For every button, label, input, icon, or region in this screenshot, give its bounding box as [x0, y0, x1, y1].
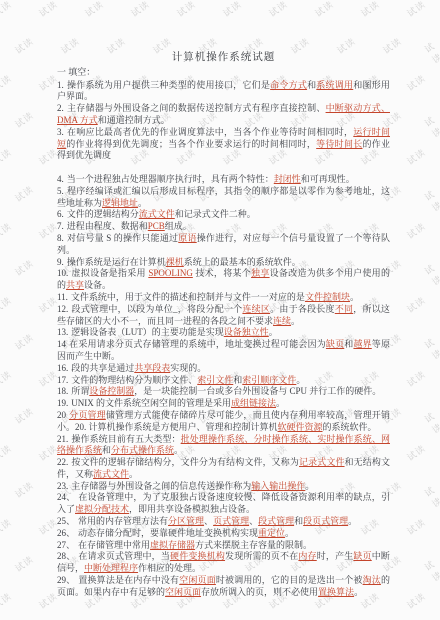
watermark-text: 试读 [422, 556, 440, 584]
watermark-text: 试读 [0, 0, 14, 20]
text-segment: 。 [296, 375, 305, 385]
watermark-text: 试读 [422, 260, 440, 288]
question-number: 5. [57, 186, 64, 196]
answer-highlight: SPOOLING [148, 268, 193, 278]
question-item: 23.主存储器与外围设备之间的信息传送操作称为输入输出操作。 [57, 481, 390, 493]
watermark-text: 试读 [358, 0, 382, 20]
text-segment: 文件的逻辑结构分 [67, 209, 139, 219]
answer-highlight: 不同 [335, 304, 353, 314]
answer-highlight: 虚拟存储器 [150, 540, 195, 550]
watermark-text: 试读 [12, 330, 36, 352]
question-item: 8.对信号量 S 的操作只能通过原语操作进行，对应每一个信号量设置了一个等待队列… [57, 233, 390, 257]
text-segment: 。 [348, 516, 357, 526]
watermark-text: 试读 [404, 515, 428, 537]
text-segment: 所谓 [71, 386, 89, 396]
text-segment: 发现所需的页不在 [225, 551, 298, 561]
question-number: 24、 [57, 492, 75, 502]
question-number: 19. [57, 398, 68, 408]
question-item: 29、置换算法是在内存中没有空闲页面时被调用的，它的目的是选出一个被淘汰的页面。… [57, 575, 390, 599]
text-segment: 操作系统是运行在计算机 [67, 257, 166, 267]
question-number: 13. [57, 327, 68, 337]
question-item: 10.虚拟设备是指采用 SPOOLING 技术，将某个独享设备改造为供多个用户使… [57, 268, 390, 292]
answer-highlight: 分页管理 [69, 410, 106, 420]
question-item: 2.主存储器与外围设备之间的数据传送控制方式有程序直接控制、中断驱动方式、DMA… [57, 103, 390, 127]
answer-highlight: 分区管理 [168, 516, 204, 526]
answer-highlight: 索引顺序文件 [242, 375, 296, 385]
answer-highlight: 文件控制块 [305, 292, 350, 302]
answer-highlight: 置换算法 [318, 587, 354, 597]
answer-highlight: 逻辑地址 [102, 198, 138, 208]
watermark-text: 试读 [404, 293, 428, 315]
question-number: 27、 [57, 540, 75, 550]
watermark-text: 试读 [12, 478, 36, 500]
question-item: 26、动态存储分配时，要靠硬件地址变换机构实现重定位。 [57, 528, 390, 540]
watermark-text: 试读 [12, 182, 36, 204]
answer-highlight: 共享段表 [134, 363, 170, 373]
question-number: 9. [57, 257, 64, 267]
text-segment: 的系统软件。 [323, 422, 377, 432]
text-segment: 。 [354, 587, 363, 597]
watermark-text: 试读 [0, 293, 14, 315]
question-item: 6.文件的逻辑结构分流式文件和记录式文件二种。 [57, 209, 390, 221]
text-segment: 虚拟设备是指采用 [71, 268, 148, 278]
watermark-text: 试读 [422, 186, 440, 214]
answer-highlight: 成组链接法 [231, 398, 276, 408]
answer-highlight: 软硬件资源 [278, 422, 323, 432]
text-segment: UNIX 的文件系统空闲空间的管理是采用 [71, 398, 231, 408]
text-segment: 按文件的逻辑存储结构分，文件分为有结构文件，又称为 [71, 457, 299, 467]
question-number: 14 [57, 339, 66, 349]
question-number: 4. [57, 174, 64, 184]
text-segment: 和 [233, 375, 242, 385]
watermark-text: 试读 [0, 589, 14, 611]
text-segment: 动态存储分配时，要靠硬件地址变换机构实现 [78, 528, 258, 538]
question-item: 5.程序经编译或汇编以后形成目标程序，其指令的顺序都是以零作为参考地址，这些地址… [57, 186, 390, 210]
answer-highlight: 缺页 [326, 339, 344, 349]
question-item: 17.文件的物理结构分为顺序文件、索引文件和索引顺序文件。 [57, 375, 390, 387]
text-segment: 在存储管理中常用 [78, 540, 150, 550]
watermark-text: 试读 [0, 441, 14, 463]
question-number: 2. [57, 103, 64, 113]
watermark-text: 试读 [12, 108, 36, 130]
text-segment: 对信号量 S 的操作只能通过 [67, 233, 179, 243]
text-segment: 、 [204, 516, 213, 526]
text-segment: 在请求页式管理中，当 [78, 551, 170, 561]
answer-highlight: 虚拟分配技术 [75, 504, 129, 514]
question-item: 9.操作系统是运行在计算机裸机系统上的最基本的系统软件。 [57, 257, 390, 269]
text-segment: 实现的。 [170, 363, 206, 373]
question-item: 3.在响应比最高者优先的作业调度算法中，当各个作业等待时间相同时，运行时间短的作… [57, 127, 390, 162]
answer-highlight: 硬件变换机构 [170, 551, 225, 561]
text-segment: 逻辑设备表（LUT）的主要功能是实现 [71, 327, 224, 337]
question-number: 1. [57, 80, 64, 90]
watermark-text: 试读 [0, 219, 14, 241]
text-segment: 时，产生 [317, 551, 354, 561]
text-segment: 段式管理中，以段为单位_，将段分配一个 [71, 304, 242, 314]
question-number: 20 [57, 410, 66, 420]
answer-highlight: 共享 [66, 280, 84, 290]
text-segment: 文件的物理结构分为顺序文件、 [71, 375, 197, 385]
answer-highlight: 输入输出操作 [251, 481, 305, 491]
watermark-text: 试读 [12, 552, 36, 574]
answer-highlight: 淘汰 [363, 575, 381, 585]
watermark-text: 试读 [174, 0, 198, 20]
text-segment: 。 [129, 469, 138, 479]
text-segment: 。 [291, 316, 300, 326]
question-item: 7.进程由程度、数据和PCB组成。 [57, 221, 390, 233]
watermark-text: 试读 [12, 404, 36, 426]
text-segment: 。 [305, 481, 314, 491]
text-segment: 和 [102, 445, 111, 455]
text-segment: 。 [285, 528, 294, 538]
text-segment: 和可再现性。 [301, 174, 355, 184]
text-segment: 作相应的处理。 [138, 563, 201, 573]
answer-highlight: 内存 [298, 551, 316, 561]
answer-highlight: 等待时间长 [316, 139, 362, 149]
text-segment: 组成。 [165, 221, 192, 231]
text-segment: 。 [350, 292, 359, 302]
text-segment: 的作业将得到优先调度；当各个作业要求运行的时间相同时， [66, 139, 316, 149]
question-item: 1.操作系统为用户提供三种类型的使用接口，它们是命令方式和系统调用和图形用户界面… [57, 80, 390, 104]
text-segment: 和 [307, 80, 316, 90]
text-segment: 存放所调入的页，则不必使用 [201, 587, 318, 597]
answer-highlight: 连续 [273, 316, 291, 326]
text-segment: ，即用共享设备模拟独占设备。 [129, 504, 255, 514]
question-list: 1.操作系统为用户提供三种类型的使用接口，它们是命令方式和系统调用和图形用户界面… [57, 80, 390, 599]
text-segment: 和 [294, 516, 303, 526]
question-item: 19.UNIX 的文件系统空闲空间的管理是采用成组链接法。 [57, 398, 390, 410]
document-page: 计算机操作系统试题 一 填空： 1.操作系统为用户提供三种类型的使用接口，它们是… [57, 52, 390, 599]
question-number: 26、 [57, 528, 75, 538]
question-number: 17. [57, 375, 68, 385]
answer-highlight: 越界 [353, 339, 371, 349]
answer-highlight: 空闲页面 [179, 575, 216, 585]
text-segment: 操作系统为用户提供三种类型的使用接口，它们是 [67, 80, 270, 90]
answer-highlight: 流式文件 [93, 469, 129, 479]
question-number: 8. [57, 233, 64, 243]
text-segment: 。由于各段长度 [270, 304, 335, 314]
text-segment: 主存储器与外围设备之间的信息传送操作称为 [71, 481, 251, 491]
watermark-text: 试读 [404, 367, 428, 389]
text-segment: 常用的内存管理方法有 [78, 516, 168, 526]
text-segment: 在采用请求分页式存储管理的系统中，地址变换过程可能会因为 [69, 339, 326, 349]
question-number: 16. [57, 363, 68, 373]
watermark-text: 试读 [12, 256, 36, 278]
answer-highlight: 段页式管理 [303, 516, 348, 526]
question-number: 22. [57, 457, 68, 467]
answer-highlight: 封闭性 [274, 174, 301, 184]
question-number: 3. [57, 127, 64, 137]
question-item: 4.当一个进程独占处理器顺序执行时，具有两个特性：封闭性和可再现性。 [57, 174, 390, 186]
question-item: 24、在设备管理中，为了克服独占设备速度较慢、降低设备资源利用率的缺点，引入了虚… [57, 492, 390, 516]
answer-highlight: 页式管理 [213, 516, 249, 526]
watermark-text: 试读 [12, 34, 36, 56]
watermark-text: 试读 [422, 38, 440, 66]
question-item: 21.操作系统目前有五大类型：批处理操作系统、分时操作系统、实时操作系统、网络操… [57, 434, 390, 458]
text-segment: 和通道控制方式。 [98, 115, 170, 125]
answer-highlight: 段式管理 [258, 516, 294, 526]
answer-highlight: 流式文件 [139, 209, 175, 219]
answer-highlight: 记录式文件 [299, 457, 345, 467]
question-number: 6. [57, 209, 64, 219]
question-number: 21. [57, 434, 68, 444]
answer-highlight: 裸机 [166, 257, 184, 267]
answer-highlight: 设备控制器 [89, 386, 134, 396]
page-title: 计算机操作系统试题 [57, 52, 390, 64]
watermark-text: 试读 [0, 515, 14, 537]
question-number: 10. [57, 268, 68, 278]
question-item: 27、在存储管理中常用虚拟存储器方式来摆脱主存容量的限制。 [57, 540, 390, 552]
answer-highlight: 中断处理程序 [84, 563, 138, 573]
text-segment: 技术，将某个 [193, 268, 251, 278]
watermark-text: 试读 [404, 145, 428, 167]
answer-highlight: 连续区 [242, 304, 270, 314]
watermark-text: 试读 [82, 0, 106, 20]
answer-highlight: 独享 [251, 268, 270, 278]
watermark-text: 试读 [128, 0, 152, 20]
question-item: 20分页管理储管理方式能使存储碎片尽可能少，而且使内存利用率较高，管理开销小。2… [57, 410, 390, 434]
question-number: 25、 [57, 516, 75, 526]
answer-highlight: 缺页 [353, 551, 371, 561]
answer-highlight: 原语 [178, 233, 196, 243]
answer-highlight: 分布式操作系统 [111, 445, 174, 455]
watermark-text: 试读 [404, 589, 428, 611]
question-item: 16.段的共享是通过共享段表实现的。 [57, 363, 390, 375]
watermark-text: 试读 [422, 408, 440, 436]
text-segment: 段的共享是通过 [71, 363, 134, 373]
text-segment: 在响应比最高者优先的作业调度算法中，当各个作业等待时间相同时， [67, 127, 354, 137]
answer-highlight: 系统调用 [316, 80, 353, 90]
watermark-text: 试读 [312, 0, 336, 20]
text-segment: 方式来摆脱主存容量的限制。 [195, 540, 312, 550]
answer-highlight: 索引文件 [197, 375, 233, 385]
question-number: 11. [57, 292, 68, 302]
text-segment: 进程由程度、数据和 [67, 221, 148, 231]
watermark-text: 试读 [36, 0, 60, 20]
watermark-text: 试读 [404, 0, 428, 20]
watermark-text: 试读 [404, 441, 428, 463]
text-segment: 和记录式文件二种。 [175, 209, 256, 219]
text-segment: 操作系统目前有五大类型： [71, 434, 180, 444]
watermark-text: 试读 [0, 71, 14, 93]
text-segment: ，是一块能控制一台或多台外围设备与 CPU 并行工作的硬件。 [134, 386, 381, 396]
text-segment: 主存储器与外围设备之间的数据传送控制方式有程序直接控制、 [67, 103, 326, 113]
question-item: 14在采用请求分页式存储管理的系统中，地址变换过程可能会因为缺页和越界等原因而产… [57, 339, 390, 363]
question-number: 12. [57, 304, 68, 314]
text-segment: 。 [269, 327, 278, 337]
section-heading: 一 填空： [57, 67, 390, 79]
question-item: 25、常用的内存管理方法有分区管理、页式管理、段式管理和段页式管理。 [57, 516, 390, 528]
question-number: 7. [57, 221, 64, 231]
text-segment: 设备。 [84, 280, 111, 290]
question-number: 29、 [57, 575, 75, 585]
text-segment: 置换算法是在内存中没有 [78, 575, 179, 585]
question-number: 28、 [57, 551, 75, 561]
question-item: 11.文件系统中，用于文件的描述和控制并与文件一一对应的是文件控制块。 [57, 292, 390, 304]
watermark-text: 试读 [0, 367, 14, 389]
answer-highlight: 命令方式 [270, 80, 307, 90]
watermark-text: 试读 [404, 71, 428, 93]
watermark-text: 试读 [0, 145, 14, 167]
watermark-text: 试读 [422, 334, 440, 362]
text-segment: 系统上的最基本的系统软件。 [184, 257, 301, 267]
question-number: 18. [57, 386, 68, 396]
answer-highlight: PCB [148, 221, 165, 231]
text-segment: 当一个进程独占处理器顺序执行时，具有两个特性： [67, 174, 274, 184]
text-segment: 。 [276, 398, 285, 408]
text-segment: 文件系统中，用于文件的描述和控制并与文件一一对应的是 [71, 292, 305, 302]
question-item: 28、在请求页式管理中，当硬件变换机构发现所需的页不在内存时，产生缺页中断信号，… [57, 551, 390, 575]
text-segment: 、 [249, 516, 258, 526]
question-number: 23. [57, 481, 68, 491]
answer-highlight: 重定位 [258, 528, 285, 538]
text-segment: 。 [174, 445, 183, 455]
watermark-text: 试读 [266, 0, 290, 20]
question-item: 13.逻辑设备表（LUT）的主要功能是实现设备独立性。 [57, 327, 390, 339]
watermark-text: 试读 [422, 482, 440, 510]
question-item: 18.所谓设备控制器，是一块能控制一台或多台外围设备与 CPU 并行工作的硬件。 [57, 386, 390, 398]
question-item: 22.按文件的逻辑存储结构分，文件分为有结构文件，又称为记录式文件和无结构文件，… [57, 457, 390, 481]
watermark-text: 试读 [220, 0, 244, 20]
watermark-text: 试读 [422, 112, 440, 140]
watermark-text: 试读 [404, 219, 428, 241]
text-segment: 。 [138, 198, 147, 208]
question-item: 12.段式管理中，以段为单位_，将段分配一个连续区。由于各段长度不同，所以这些存… [57, 304, 390, 328]
answer-highlight: 空闲页面 [165, 587, 201, 597]
answer-highlight: 设备独立性 [224, 327, 269, 337]
text-segment: 时被调用的，它的目的是选出一个被 [216, 575, 363, 585]
